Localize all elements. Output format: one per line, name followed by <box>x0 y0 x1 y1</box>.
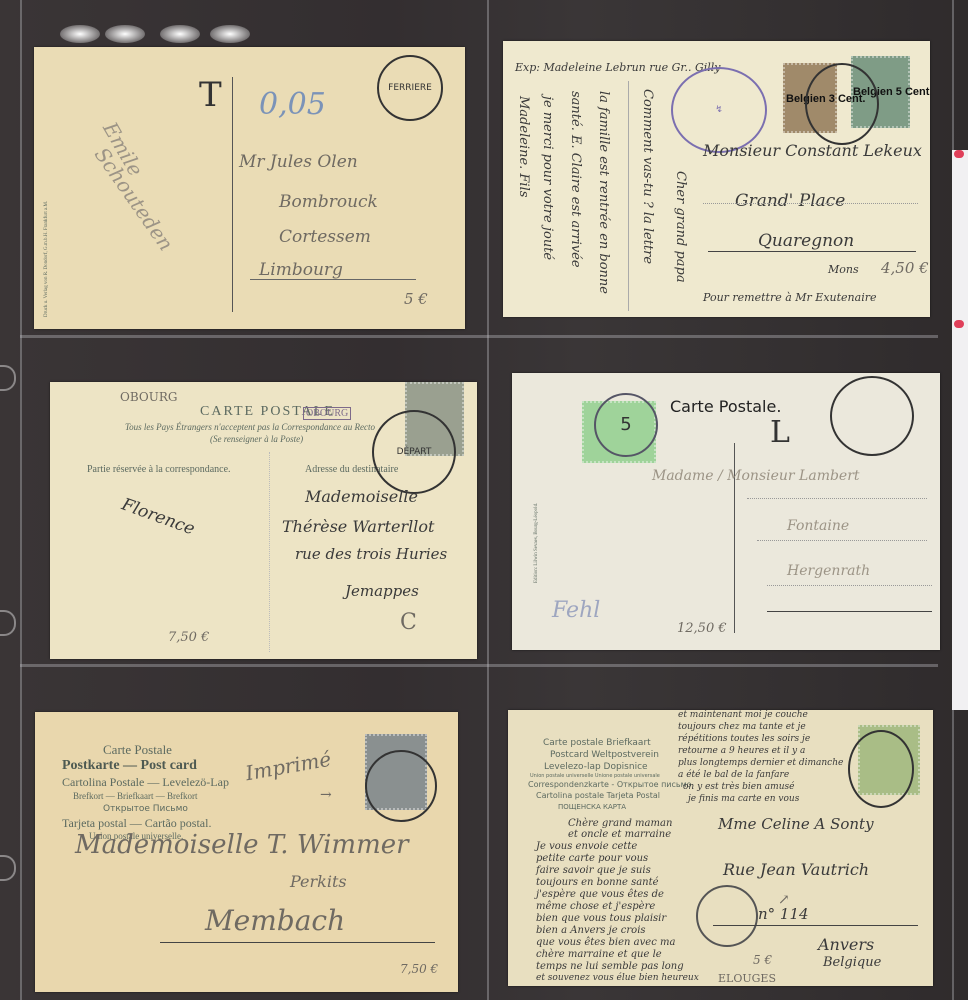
postcard-bottom-left: Carte Postale Postkarte — Post card Cart… <box>35 712 458 992</box>
message-left-line: toujours en bonne santé <box>536 877 659 888</box>
postmark: FERRIERE <box>377 55 443 121</box>
message-left-line: petite carte pour vous <box>536 853 648 864</box>
price-note: 12,50 € <box>677 621 727 636</box>
message-line: santé. E. Claire est arrivée <box>568 91 583 268</box>
page-tab <box>954 150 964 158</box>
header-line: Tarjeta postal — Cartão postal. <box>62 816 211 831</box>
correspondence-label: Partie réservée à la correspondance. <box>87 464 231 475</box>
card-divider <box>232 77 233 312</box>
publisher-imprint: Druck u. Verlag von R. Dondorf, G.m.b.H.… <box>44 201 49 317</box>
binder-hole <box>0 855 16 881</box>
address-line: Madame / Monsieur Lambert <box>652 468 860 484</box>
light-glare <box>210 25 250 43</box>
postcard-middle-left: OBOURG CARTE POSTALE Tous les Pays Étran… <box>50 382 477 659</box>
address-line: Rue Jean Vautrich <box>723 860 869 879</box>
postmark <box>848 730 914 808</box>
header-line: Postkarte — Post card <box>62 758 197 774</box>
price-note: 5 € <box>404 290 428 308</box>
message-line: la famille est rentrée en bonne <box>596 91 611 294</box>
message-left-line: même chose et j'espère <box>536 901 655 912</box>
address-line: Grand' Place <box>735 191 845 211</box>
precancel: OBOURG <box>303 407 351 420</box>
sleeve-seam <box>20 335 938 338</box>
price-note: 4,50 € <box>881 259 929 277</box>
address-line: Anvers <box>818 935 874 954</box>
header-line: ПОЩЕНСКА КАРТА <box>558 803 626 811</box>
message-left-line: temps ne lui semble pas long <box>536 961 684 972</box>
sleeve-seam <box>487 0 489 1000</box>
message-line: Madeleine. Fils <box>516 96 531 197</box>
message-top-line: a été le bal de la fanfare <box>678 770 789 780</box>
message-top-line: je finis ma carte en vous <box>688 794 799 804</box>
price-note: 7,50 € <box>168 630 209 645</box>
postcard-middle-right: 5 Carte Postale. L Madame / Monsieur Lam… <box>512 373 940 650</box>
message-left-line: que vous êtes bien avec ma <box>536 937 675 948</box>
message-line: Cher grand papa <box>673 171 688 283</box>
address-dotted-line <box>757 540 927 541</box>
address-dotted-line <box>747 498 927 499</box>
message-top-line: toujours chez ma tante et je <box>678 722 806 732</box>
message-top-line: retourne a 9 heures et il y a <box>678 746 805 756</box>
postmark <box>830 376 914 456</box>
card-header: Carte Postale. <box>670 397 781 416</box>
address-line: Limbourg <box>259 260 343 280</box>
message-left-line: faire savoir que je suis <box>536 865 651 876</box>
message-left-line: bien que vous tous plaisir <box>536 913 666 924</box>
address-line: Bombrouck <box>279 192 378 212</box>
message-left-line: chère marraine et que le <box>536 949 662 960</box>
address-line: Mr Jules Olen <box>239 152 358 172</box>
header-line: Carte postale Briefkaart <box>543 738 651 748</box>
postmark <box>365 750 437 822</box>
address-dotted-line <box>703 203 918 204</box>
light-glare <box>160 25 200 43</box>
page-tab <box>954 320 964 328</box>
blue-pencil-note: 0,05 <box>259 87 326 122</box>
message-top-line: répétitions toutes les soirs je <box>678 734 810 744</box>
address-line: Jemappes <box>345 582 419 600</box>
address-line: Mademoiselle <box>305 487 418 506</box>
header-line: Brefkort — Briefkaart — Brefkort <box>73 791 197 801</box>
message-left-line: et oncle et marraine <box>568 829 671 840</box>
header-line: Carte Postale <box>103 742 172 758</box>
message-line: je merci pour votre jouté <box>540 96 555 260</box>
address-line: Mme Celine A Sonty <box>718 815 874 833</box>
address-line: Membach <box>205 904 345 937</box>
postmark <box>805 63 879 145</box>
address-line: rue des trois Huries <box>295 545 447 563</box>
underline <box>160 942 435 943</box>
card-divider <box>628 81 629 311</box>
header-line: Postcard Weltpostverein <box>550 750 659 760</box>
message-left-line: et souvenez vous élue bien heureux <box>536 973 699 983</box>
underline <box>708 251 916 252</box>
header-line: Correspondenzkarte - Открытое письмо <box>528 780 692 789</box>
message-left-line: Je vous envoie cette <box>536 841 637 852</box>
arrival-postmark <box>696 885 758 947</box>
light-glare <box>105 25 145 43</box>
pencil-c-mark: C <box>400 610 417 635</box>
pencil-note: Fehl <box>552 598 600 623</box>
publisher-imprint: Edition: Lilwin Sevaes, Bourg-Léopold. <box>534 503 539 583</box>
footnote: Pour remettre à Mr Exutenaire <box>703 291 876 304</box>
message-left-line: j'espère que vous êtes de <box>536 889 664 900</box>
arrow-icon: → <box>320 787 332 803</box>
message-top-line: on y est très bien amusé <box>683 782 794 792</box>
postage-due-mark: L <box>770 415 790 450</box>
header-line: Levelezo-lap Dopisnice <box>544 762 648 772</box>
address-line: Fontaine <box>787 518 849 534</box>
sleeve-seam <box>20 0 22 1000</box>
price-note: 5 € <box>753 953 772 967</box>
address-line: Thérèse Warterllot <box>282 517 434 536</box>
price-note: 7,50 € <box>400 962 438 976</box>
address-line: Quaregnon <box>758 231 854 251</box>
postcard-top-right: Exp: Madeleine Lebrun rue Gr.. Gilly Mad… <box>503 41 930 317</box>
pencil-place: OBOURG <box>120 390 177 404</box>
light-glare <box>60 25 100 43</box>
header-line: Cartolina postale Tarjeta Postal <box>536 791 660 800</box>
binder-hole <box>0 365 16 391</box>
underline <box>713 925 918 926</box>
header-line: Cartolina Postale — Levelezö-Lap <box>62 775 229 790</box>
card-subheader: Tous les Pays Étrangers n'acceptent pas … <box>125 422 375 432</box>
address-dotted-line <box>767 585 932 586</box>
address-line: Mademoiselle T. Wimmer <box>75 830 409 860</box>
address-line: Belgique <box>823 955 881 970</box>
album-page: T 0,05 FERRIERE Emile Schouteden Mr Jule… <box>0 0 968 1000</box>
underline <box>767 611 932 612</box>
binder-hole <box>0 610 16 636</box>
postage-due-mark: T <box>199 75 222 115</box>
arrow-icon: ↗ <box>778 892 790 908</box>
postcard-top-left: T 0,05 FERRIERE Emile Schouteden Mr Jule… <box>34 47 465 329</box>
underline <box>250 279 416 280</box>
address-line: Perkits <box>290 872 347 891</box>
handwritten-note: Imprimé <box>244 747 333 786</box>
header-line: Открытое Письмо <box>103 804 188 814</box>
postmark: DÉPART <box>372 410 456 494</box>
message-left-line: bien a Anvers je crois <box>536 925 646 936</box>
address-line: Cortessem <box>279 227 371 247</box>
sleeve-seam <box>20 664 938 667</box>
address-line: Monsieur Constant Lekeux <box>703 141 922 160</box>
sender-line: Exp: Madeleine Lebrun rue Gr.. Gilly <box>515 61 721 74</box>
address-line: Hergenrath <box>787 563 870 579</box>
message-line: Florence <box>119 495 197 540</box>
next-page-edge <box>952 150 968 710</box>
pencil-note: Mons <box>828 263 859 276</box>
header-line: Union postale universelle Unione postale… <box>530 773 660 779</box>
card-subheader: (Se renseigner à la Poste) <box>210 434 303 444</box>
pencil-place: ELOUGES <box>718 972 776 985</box>
message-top-line: plus longtemps dernier et dimanche <box>678 758 843 768</box>
message-top-line: et maintenant moi je couche <box>678 710 808 720</box>
card-divider <box>269 452 270 652</box>
message-line: Comment vas-tu ? la lettre <box>640 89 655 264</box>
message-left-line: Chère grand maman <box>568 818 672 829</box>
stamp-value-cancel: 5 <box>594 393 658 457</box>
postcard-bottom-right: Carte postale Briefkaart Postcard Weltpo… <box>508 710 933 986</box>
